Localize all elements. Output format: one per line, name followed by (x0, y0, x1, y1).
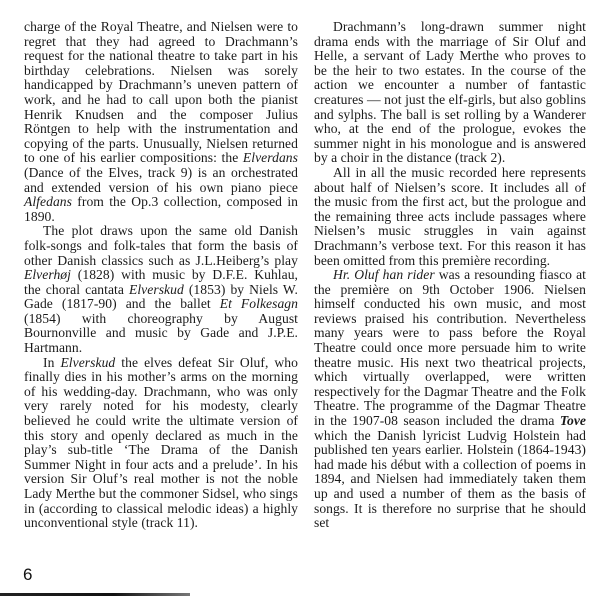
work-title-elverdans: Elverdans (243, 150, 298, 165)
text-segment: was a resounding fiasco at the première … (314, 267, 586, 428)
work-title-elverskud: Elverskud (129, 282, 184, 297)
paragraph: In Elverskud the elves defeat Sir Oluf, … (24, 356, 298, 531)
work-title-tove: Tove (560, 413, 586, 428)
right-text-column: Drachmann’s long-drawn summer night dram… (314, 20, 586, 531)
work-title-alfedans: Alfedans (24, 194, 72, 209)
text-segment: In (43, 355, 60, 370)
work-title-hr-oluf-han-rider: Hr. Oluf han rider (333, 267, 435, 282)
text-segment: charge of the Royal Theatre, and Nielsen… (24, 19, 298, 165)
work-title-elverhoj: Elverhøj (24, 267, 71, 282)
paragraph: All in all the music recorded here repre… (314, 166, 586, 268)
page-number: 6 (23, 565, 32, 585)
work-title-elverskud: Elverskud (60, 355, 115, 370)
text-segment: the elves defeat Sir Oluf, who finally d… (24, 355, 298, 531)
text-segment: Drachmann’s long-drawn summer night dram… (314, 19, 586, 165)
bottom-edge-rule (0, 593, 190, 596)
text-segment: The plot draws upon the same old Danish … (24, 223, 298, 267)
paragraph: The plot draws upon the same old Danish … (24, 224, 298, 355)
text-segment: All in all the music recorded here repre… (314, 165, 586, 268)
text-segment: (Dance of the Elves, track 9) is an orch… (24, 165, 298, 195)
paragraph: Hr. Oluf han rider was a resounding fias… (314, 268, 586, 531)
paragraph: Drachmann’s long-drawn summer night dram… (314, 20, 586, 166)
left-text-column: charge of the Royal Theatre, and Nielsen… (24, 20, 298, 531)
text-segment: which the Danish lyricist Ludvig Holstei… (314, 428, 586, 531)
text-segment: (1854) with choreography by August Bourn… (24, 311, 298, 355)
work-title-et-folkesagn: Et Folkesagn (220, 296, 298, 311)
paragraph: charge of the Royal Theatre, and Nielsen… (24, 20, 298, 224)
document-page: charge of the Royal Theatre, and Nielsen… (0, 0, 597, 600)
